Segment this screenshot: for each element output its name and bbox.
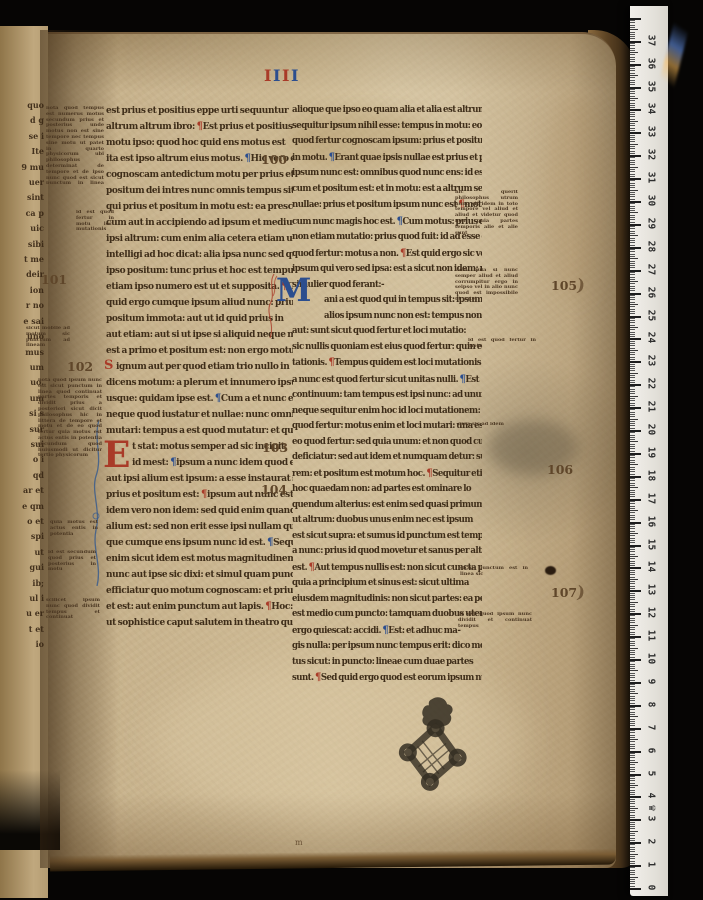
pilcrow-blue: ¶ [397, 215, 403, 227]
ruler-tick [630, 634, 635, 635]
ruler-tick [630, 730, 635, 731]
ruler-tick [630, 474, 635, 475]
ruler-tick [630, 856, 635, 857]
ruler-tick [630, 320, 635, 321]
ruler-tick [630, 151, 635, 152]
ruler-tick [630, 819, 641, 821]
ruler-tick [630, 693, 638, 694]
ruler-tick [630, 251, 635, 252]
ruler-tick [630, 762, 638, 763]
ruler-number: 3 [646, 809, 657, 829]
ruler-number: 10 [646, 649, 657, 669]
ruler-number: 2 [646, 832, 657, 852]
marginal-gloss: nota quod ipsum nunc est sicut punctum i… [38, 378, 102, 472]
text-line: alioque que ipso eo quam alia et alia es… [292, 103, 482, 119]
pilcrow-red: ¶ [197, 121, 203, 133]
ruler-tick [630, 318, 635, 319]
ruler-tick [630, 50, 635, 51]
ruler-tick [630, 558, 635, 559]
ruler-tick [630, 480, 635, 481]
pilcrow-blue: ¶ [382, 624, 388, 636]
ruler-tick [630, 618, 635, 619]
ruler-tick [630, 265, 635, 266]
ruler-tick [630, 27, 635, 28]
ruler-tick [630, 535, 635, 536]
text-line: aut etiam: aut si ut ipse si aliquid neq… [106, 327, 293, 344]
text-line: usque: quidam ipse est. ¶Cum a et nunc e… [106, 391, 293, 408]
ruler-tick [630, 277, 635, 278]
ruler-tick [630, 476, 641, 478]
ruler-tick [630, 160, 635, 161]
ruler-tick [630, 664, 635, 665]
ruler-tick [630, 528, 635, 529]
ruler-tick [630, 238, 635, 239]
ruler-tick [630, 627, 635, 628]
ruler-number: 30 [646, 191, 657, 211]
ruler-tick [630, 199, 635, 200]
ruler-tick [630, 377, 635, 378]
ruler-tick [630, 565, 635, 566]
ruler-tick [630, 597, 635, 598]
ruler-tick [630, 760, 635, 761]
ruler-tick [630, 439, 635, 440]
ruler-tick [630, 524, 635, 525]
ruler-tick [630, 334, 635, 335]
text-line: sunt. ¶Sed quid ergo quod est eorum ipsu… [292, 670, 482, 687]
ruler-tick [630, 222, 635, 223]
ruler-tick [630, 91, 635, 92]
ruler-tick [630, 228, 635, 229]
pilcrow-blue: ¶ [170, 457, 176, 469]
ruler-tick [630, 567, 641, 569]
pilcrow-red: ¶ [400, 247, 406, 259]
ruler-tick [630, 780, 635, 781]
ruler-tick [630, 755, 635, 756]
ruler-tick [630, 467, 635, 468]
ruler-tick [630, 783, 635, 784]
ruler-tick [630, 844, 635, 845]
pilcrow-red: ¶ [309, 561, 315, 573]
text-line: continuum: tam tempus est ipsi nunc: ad … [292, 388, 482, 404]
ruler-tick [630, 526, 635, 527]
ruler-tick [630, 831, 638, 832]
ruler-tick [630, 341, 635, 342]
facing-page-text-fragment: u er [0, 606, 47, 621]
ruler-tick [630, 712, 635, 713]
ruler-tick [630, 437, 635, 438]
facing-page-text-fragment: deir [0, 267, 47, 282]
ruler-tick [630, 503, 635, 504]
text-line: sequitur ipsum nihil esse: tempus in mot… [292, 118, 482, 134]
ruler-tick [630, 201, 641, 203]
ruler-tick [630, 492, 635, 493]
ruler-number: 19 [646, 442, 657, 462]
ruler-tick [630, 338, 641, 340]
facing-page-text-fragment: o et [0, 514, 47, 529]
ruler-tick [630, 684, 635, 685]
ruler-tick [630, 583, 635, 584]
ruler-tick [630, 114, 635, 115]
ruler-tick [630, 744, 635, 745]
ruler-tick [630, 176, 635, 177]
initial-s: S [104, 359, 113, 372]
ruler-number: 28 [646, 236, 657, 256]
ruler-tick [630, 59, 635, 60]
ruler-tick [630, 666, 635, 667]
facing-page-text-fragment: quo [0, 98, 47, 113]
text-line: quia a principium et sinus est: sicut ul… [292, 576, 482, 592]
ruler-tick [630, 542, 635, 543]
ruler-tick [630, 588, 635, 589]
marginal-gloss: item quia si nunc semper aliud et aliud … [455, 268, 518, 318]
ruler-tick [630, 217, 635, 218]
ruler-tick [630, 68, 635, 69]
ruler-tick [630, 794, 635, 795]
ruler-number: 5 [646, 763, 657, 783]
ruler-number: 8 [646, 694, 657, 714]
ruler-number: 21 [646, 397, 657, 417]
ruler-tick [630, 496, 635, 497]
ruler-tick [630, 231, 635, 232]
ruler-tick [630, 833, 635, 834]
ruler-tick [630, 75, 638, 76]
ruler-tick [630, 20, 635, 21]
ruler-tick [630, 858, 635, 859]
ruler-tick [630, 714, 635, 715]
ruler-tick [630, 888, 641, 890]
ruler-tick [630, 180, 635, 181]
text-line: est medio cum puncto: tamquam duobus ute… [292, 607, 482, 623]
ruler-tick [630, 849, 635, 850]
ruler-tick [630, 89, 635, 90]
folio-number: 105) [551, 275, 585, 295]
ruler-tick [630, 105, 635, 106]
ruler-number: 12 [646, 603, 657, 623]
ruler-tick [630, 29, 638, 30]
ruler-tick [630, 70, 635, 71]
ruler-number: 33 [646, 122, 657, 142]
folio-number: 106 [547, 462, 573, 477]
ruler-tick [630, 249, 635, 250]
ruler-tick [630, 581, 635, 582]
chapter-numeral: IIII [264, 66, 300, 85]
ruler-tick [630, 61, 635, 62]
facing-page-text-fragment: r no [0, 298, 47, 313]
ruler-tick [630, 144, 638, 145]
facing-page-text-fragment: ut [0, 545, 47, 560]
text-line: ipsum qui vero sed ipsa: est a sicut non… [292, 262, 482, 278]
ruler-tick [630, 490, 635, 491]
ruler-tick [630, 432, 635, 433]
ruler-tick [630, 135, 635, 136]
ruler-tick [630, 622, 635, 623]
ruler-tick [630, 66, 635, 67]
text-line: que cumque ens ipsum nunc id est. ¶Sequi… [106, 535, 293, 552]
ruler-tick [630, 540, 635, 541]
ruler-tick [630, 822, 635, 823]
marginal-gloss: id est secundum quod prius et posterius … [48, 550, 96, 578]
ruler-tick [630, 368, 635, 369]
text-line: eiusdem magnitudinis: non sicut partes: … [292, 591, 482, 607]
ruler-tick [630, 654, 635, 655]
text-column-right: alioque que ipso eo quam alia et alia es… [292, 103, 482, 687]
text-line: deficiatur: sed aut idem et numquam detu… [292, 450, 482, 466]
ruler-tick [630, 441, 638, 442]
ruler-number: 31 [646, 168, 657, 188]
ruler-tick [630, 139, 635, 140]
ruler-tick [630, 522, 641, 524]
ruler-tick [630, 132, 641, 134]
text-line: efficiatur quo motum cognoscam: et prius… [106, 583, 293, 600]
facing-page-text-fragment: uic [0, 221, 47, 236]
text-line: cum nunc magis hoc est. ¶Cum motus: priu… [292, 213, 482, 230]
ruler-tick [630, 18, 641, 20]
ruler-tick [630, 808, 638, 809]
ruler-number: 34 [646, 99, 657, 119]
ruler-number: 29 [646, 213, 657, 233]
facing-page-text-fragment: ar et [0, 483, 47, 498]
ruler-tick [630, 423, 635, 424]
ruler-tick [630, 659, 641, 661]
ruler-number: 4 [646, 786, 657, 806]
ruler-tick [630, 407, 641, 409]
text-line: a nunc est quod fertur sicut unitas null… [292, 371, 482, 388]
ruler-tick [630, 41, 641, 43]
ruler-tick [630, 414, 635, 415]
ruler-tick [630, 34, 635, 35]
ruler-tick [630, 549, 635, 550]
facing-page-text-fragment: t me [0, 252, 47, 267]
ruler-tick [630, 325, 635, 326]
ruler-tick [630, 590, 641, 592]
facing-page-text-fragment: ib; [0, 576, 47, 591]
ruler-tick [630, 98, 638, 99]
text-line: hoc quaedam non: ad partes est ominare l… [292, 482, 482, 498]
text-line: qui prius et positum in motu est: ea pre… [106, 199, 293, 216]
ruler-tick [630, 306, 635, 307]
ruler-tick [630, 691, 635, 692]
text-line: est prius et positius eppe urti sequuntu… [106, 103, 293, 120]
measuring-ruler: ♛ 01234567891011121314151617181920212223… [630, 6, 668, 896]
ruler-tick [630, 863, 635, 864]
ruler-tick [630, 879, 635, 880]
ruler-tick [630, 851, 635, 852]
text-line: alios ipsum nunc non est: tempus non est… [292, 308, 482, 324]
ruler-tick [630, 767, 635, 768]
text-line: dicens motum: a plerum et innumero ipsum [106, 375, 293, 392]
ruler-tick [630, 840, 635, 841]
ruler-tick [630, 187, 635, 188]
facing-page-text-fragment: ca p [0, 206, 47, 221]
ruler-tick [630, 400, 635, 401]
folio-number: 107) [551, 582, 585, 602]
ruler-number: 22 [646, 374, 657, 394]
marginal-gloss: id est quod fertur in motu [468, 338, 536, 349]
ruler-tick [630, 593, 635, 594]
marginal-gloss: sicut punctum est in linea sic [460, 566, 528, 582]
text-line: quid ergo cumque ipsum aliud nunc: prius… [106, 295, 293, 312]
ruler-tick [630, 382, 635, 383]
ruler-tick [630, 636, 641, 638]
ruler-tick [630, 375, 635, 376]
ruler-tick [630, 586, 635, 587]
ruler-tick [630, 435, 635, 436]
ruler-tick [630, 725, 635, 726]
ruler-tick [630, 329, 635, 330]
folio-number: 104 [261, 482, 287, 497]
pilcrow-red: ¶ [328, 357, 334, 369]
ruler-tick [630, 398, 635, 399]
pilcrow-blue: ¶ [460, 373, 466, 385]
ruler-tick [630, 425, 635, 426]
ruler-tick [630, 354, 635, 355]
ruler-tick [630, 57, 635, 58]
ruler-tick [630, 396, 638, 397]
folio-flourish: ) [576, 276, 587, 297]
ruler-tick [630, 469, 635, 470]
ruler-tick [630, 261, 635, 262]
ruler-tick [630, 680, 635, 681]
ruler-tick [630, 112, 635, 113]
ruler-tick [630, 107, 635, 108]
folio-flourish: ) [576, 583, 587, 604]
text-line: etiam ipso numero est ut et supposita. ¶… [106, 279, 293, 296]
ruler-tick [630, 64, 641, 66]
ruler-tick [630, 533, 638, 534]
ruler-tick [630, 87, 641, 89]
ruler-tick [630, 332, 635, 333]
ruler-number: 9 [646, 671, 657, 691]
facing-page-text-fragment: ul i [0, 591, 47, 606]
text-line: ani a est quod qui in tempus sit: ipsum … [292, 293, 482, 309]
ruler-tick [630, 501, 635, 502]
text-line: tus sicut: in puncto: lineae cum duae pa… [292, 654, 482, 670]
text-line: aut: sunt sicut quod fertur et loci muta… [292, 324, 482, 340]
ruler-tick [630, 579, 638, 580]
text-line: gis nulla: per ipsum nunc tempus erit: d… [292, 639, 482, 655]
ruler-number: 17 [646, 488, 657, 508]
ruler-tick [630, 728, 641, 730]
ruler-tick [630, 774, 641, 776]
ruler-tick [630, 348, 635, 349]
facing-page-text-fragment: um [0, 360, 47, 375]
bottom-ink-mark: m [295, 838, 303, 847]
ruler-tick [630, 512, 635, 513]
text-line: altrum altrum ibro: ¶Est prius et positi… [106, 119, 293, 136]
ruler-tick [630, 478, 635, 479]
ruler-tick [630, 169, 635, 170]
ruler-tick [630, 192, 635, 193]
ruler-number: 35 [646, 76, 657, 96]
ruler-tick [630, 652, 635, 653]
ruler-tick [630, 183, 635, 184]
ruler-tick [630, 538, 635, 539]
marginal-gloss: scilicet ipsum nunc quod dividit tempus … [46, 598, 100, 628]
ruler-tick [630, 865, 641, 867]
ruler-tick [630, 141, 635, 142]
ruler-tick [630, 835, 635, 836]
ruler-tick [630, 52, 638, 53]
ruler-tick [630, 448, 635, 449]
ruler-tick [630, 373, 638, 374]
ruler-tick [630, 178, 641, 180]
text-line: alium est: sed non erit esse ipsi nullam… [106, 519, 293, 536]
ruler-tick [630, 602, 638, 603]
ruler-tick [630, 698, 635, 699]
ruler-tick [630, 563, 635, 564]
ruler-number: 0 [646, 878, 657, 898]
ruler-tick [630, 203, 635, 204]
ruler-tick [630, 609, 635, 610]
pilcrow-blue: ¶ [245, 153, 251, 165]
ruler-tick [630, 389, 635, 390]
ruler-tick [630, 604, 635, 605]
ruler-tick [630, 641, 635, 642]
initial-m: M [276, 274, 311, 306]
text-line: simulier quod ferant:- [292, 277, 482, 293]
text-line: nunc aut ipse sic dixi: et simul quam pu… [106, 567, 293, 584]
ruler-tick [630, 746, 635, 747]
marginal-gloss: quia sic ad idem [458, 422, 514, 433]
ruler-tick [630, 45, 635, 46]
ruler-tick [630, 499, 641, 501]
text-line: ipso positum: tunc prius et hoc est temp… [106, 263, 293, 280]
ruler-tick [630, 283, 635, 284]
text-line: a nunc: prius id quod movetur et sanus p… [292, 544, 482, 560]
ruler-tick [630, 668, 635, 669]
ruler-tick [630, 803, 635, 804]
ruler-tick [630, 648, 638, 649]
ruler-tick [630, 270, 641, 272]
ruler-tick [630, 670, 638, 671]
ruler-tick [630, 751, 641, 753]
ruler-tick [630, 444, 635, 445]
text-line: mutari: tempus a est quod mutatur: et qu… [106, 423, 293, 440]
ruler-tick [630, 164, 635, 165]
ruler-tick [630, 384, 641, 386]
ruler-tick [630, 801, 635, 802]
ruler-tick [630, 854, 638, 855]
ruler-tick [630, 561, 635, 562]
ruler-tick [630, 212, 638, 213]
ruler-tick [630, 737, 635, 738]
ruler-number: 16 [646, 511, 657, 531]
text-line: ipsi altrum: cum enim alia cetera etiam … [106, 231, 293, 248]
ruler-tick [630, 870, 635, 871]
pilcrow-red: ¶ [201, 489, 207, 501]
ruler-tick [630, 703, 635, 704]
facing-page-text-fragment: sibi [0, 237, 47, 252]
ruler-tick [630, 403, 635, 404]
pilcrow-blue: ¶ [267, 537, 273, 549]
ruler-tick [630, 707, 635, 708]
ruler-tick [630, 272, 635, 273]
text-line: positum immota: aut ut id quid prius in [106, 311, 293, 328]
ruler-tick [630, 196, 635, 197]
ruler-tick [630, 412, 635, 413]
text-line: ipsum nunc est: omnibus quod nunc ens: i… [292, 166, 482, 182]
ruler-tick [630, 155, 641, 157]
ruler-tick [630, 279, 635, 280]
ruler-tick [630, 570, 635, 571]
numeral-stroke: I [291, 66, 300, 85]
ruler-tick [630, 675, 635, 676]
ruler-tick [630, 352, 635, 353]
ruler-tick [630, 288, 635, 289]
folio-number: 101 [41, 272, 67, 287]
ruler-tick [630, 883, 635, 884]
facing-page-text-fragment: sint [0, 190, 47, 205]
